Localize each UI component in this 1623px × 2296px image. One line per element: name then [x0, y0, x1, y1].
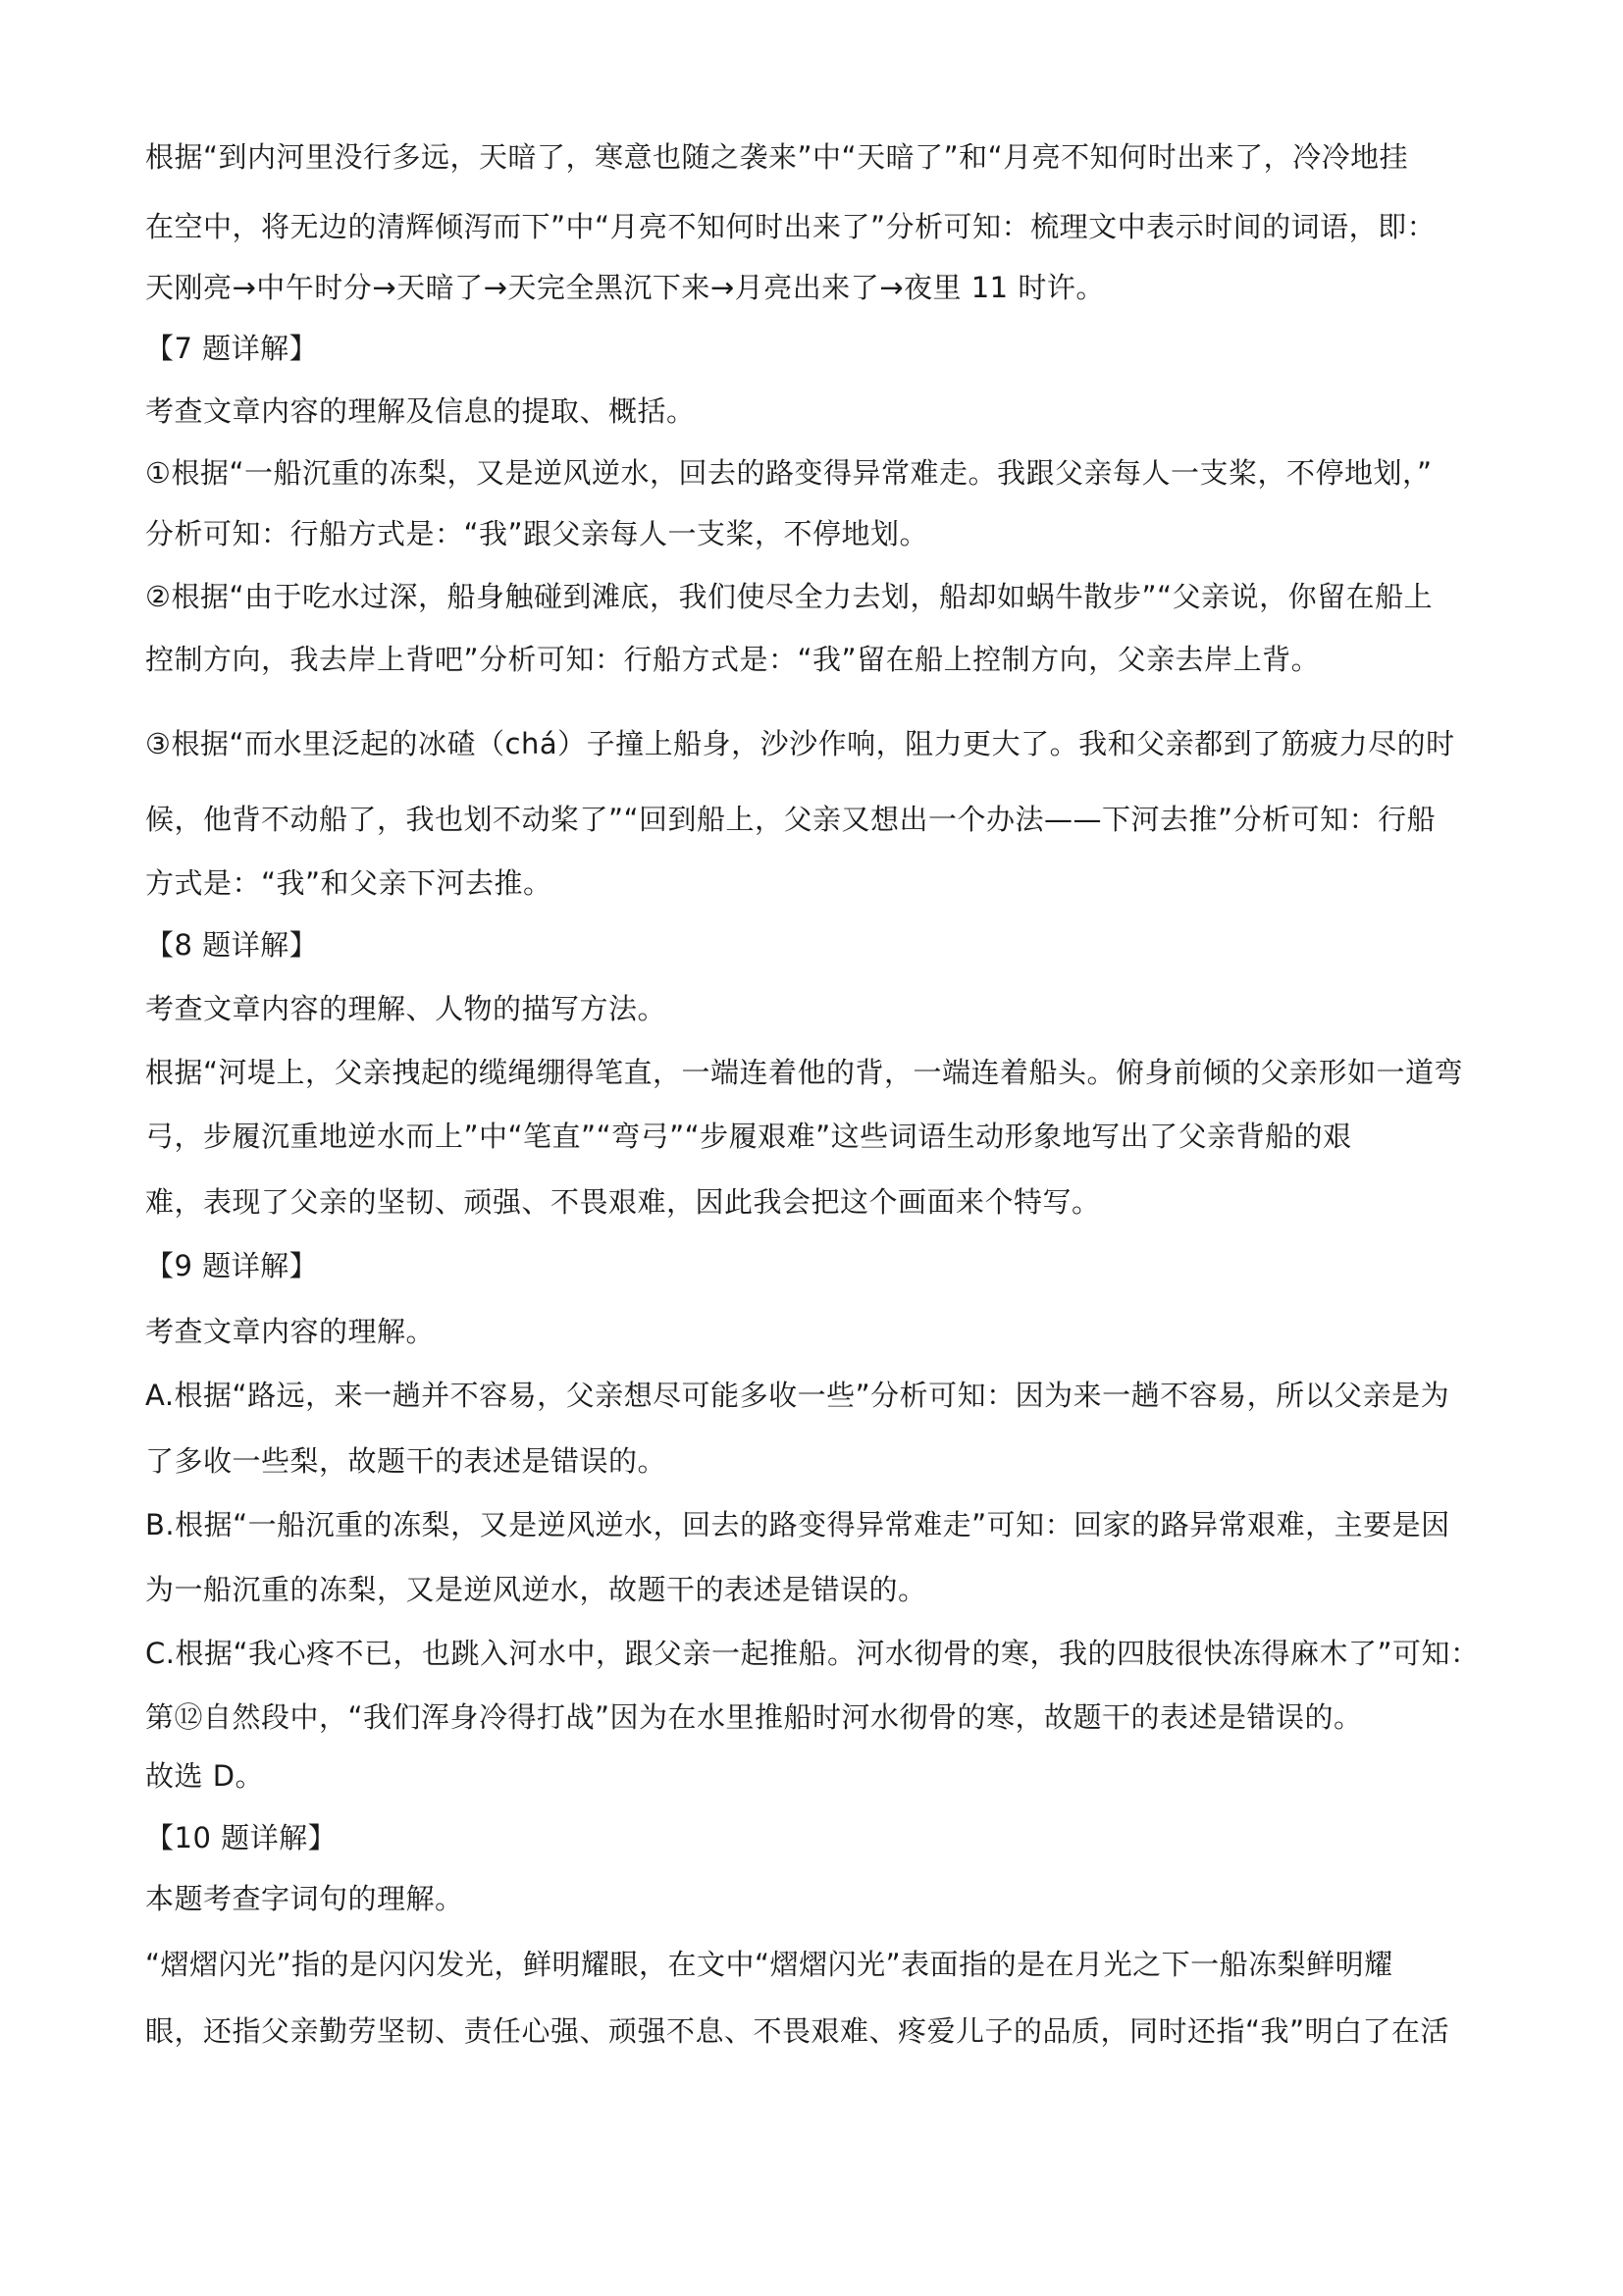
paragraph-line: 考查文章内容的理解及信息的提取、概括。 [145, 391, 696, 431]
paragraph-line: 根据“到内河里没行多远，天暗了，寒意也随之袭来”中“天暗了”和“月亮不知何时出来… [145, 137, 1408, 177]
paragraph-line: 天刚亮→中午时分→天暗了→天完全黑沉下来→月亮出来了→夜里 11 时许。 [145, 268, 1105, 307]
paragraph-line: 控制方向，我去岸上背吧”分析可知：行船方式是：“我”留在船上控制方向，父亲去岸上… [145, 640, 1320, 679]
paragraph-line: C.根据“我心疼不已，也跳入河水中，跟父亲一起推船。河水彻骨的寒，我的四肢很快冻… [145, 1634, 1480, 1673]
paragraph-line: 第⑫自然段中，“我们浑身冷得打战”因为在水里推船时河水彻骨的寒，故题干的表述是错… [145, 1697, 1363, 1737]
paragraph-line: 难，表现了父亲的坚韧、顽强、不畏艰难，因此我会把这个画面来个特写。 [145, 1182, 1101, 1222]
paragraph-line: 方式是：“我”和父亲下河去推。 [145, 863, 552, 903]
paragraph-line: ③根据“而水里泛起的冰碴（chá）子撞上船身，沙沙作响，阻力更大了。我和父亲都到… [145, 724, 1455, 763]
paragraph-line: 为一船沉重的冻梨，又是逆风逆水，故题干的表述是错误的。 [145, 1570, 927, 1609]
paragraph-line: 眼，还指父亲勤劳坚韧、责任心强、顽强不息、不畏艰难、疼爱儿子的品质，同时还指“我… [145, 2011, 1449, 2051]
paragraph-line: 本题考查字词句的理解。 [145, 1879, 464, 1918]
paragraph-line: 弓，步履沉重地逆水而上”中“笔直”“弯弓”“步履艰难”这些词语生动形象地写出了父… [145, 1117, 1352, 1156]
paragraph-line: 分析可知：行船方式是：“我”跟父亲每人一支桨，不停地划。 [145, 514, 928, 553]
section-heading: 【7 题详解】 [145, 329, 318, 368]
paragraph-line: 在空中，将无边的清辉倾泻而下”中“月亮不知何时出来了”分析可知：梳理文中表示时间… [145, 207, 1436, 246]
section-heading: 【10 题详解】 [145, 1818, 337, 1857]
paragraph-line: 根据“河堤上，父亲拽起的缆绳绷得笔直，一端连着他的背，一端连着船头。俯身前倾的父… [145, 1053, 1463, 1092]
document-page: 根据“到内河里没行多远，天暗了，寒意也随之袭来”中“天暗了”和“月亮不知何时出来… [0, 0, 1623, 2296]
paragraph-line: 考查文章内容的理解、人物的描写方法。 [145, 989, 666, 1028]
paragraph-line: 候，他背不动船了，我也划不动桨了”“回到船上，父亲又想出一个办法——下河去推”分… [145, 800, 1436, 839]
paragraph-line: 故选 D。 [145, 1756, 264, 1796]
paragraph-line: A.根据“路远，来一趟并不容易，父亲想尽可能多收一些”分析可知：因为来一趟不容易… [145, 1376, 1449, 1415]
paragraph-line: ②根据“由于吃水过深，船身触碰到滩底，我们使尽全力去划，船却如蜗牛散步”“父亲说… [145, 577, 1433, 616]
section-heading: 【8 题详解】 [145, 925, 318, 965]
paragraph-line: ①根据“一船沉重的冻梨，又是逆风逆水，回去的路变得异常难走。我跟父亲每人一支桨，… [145, 453, 1433, 493]
paragraph-line: “熠熠闪光”指的是闪闪发光，鲜明耀眼，在文中“熠熠闪光”表面指的是在月光之下一船… [145, 1945, 1393, 1984]
paragraph-line: B.根据“一船沉重的冻梨，又是逆风逆水，回去的路变得异常难走”可知：回家的路异常… [145, 1505, 1450, 1544]
paragraph-line: 了多收一些梨，故题干的表述是错误的。 [145, 1441, 666, 1481]
section-heading: 【9 题详解】 [145, 1246, 318, 1285]
paragraph-line: 考查文章内容的理解。 [145, 1312, 435, 1351]
